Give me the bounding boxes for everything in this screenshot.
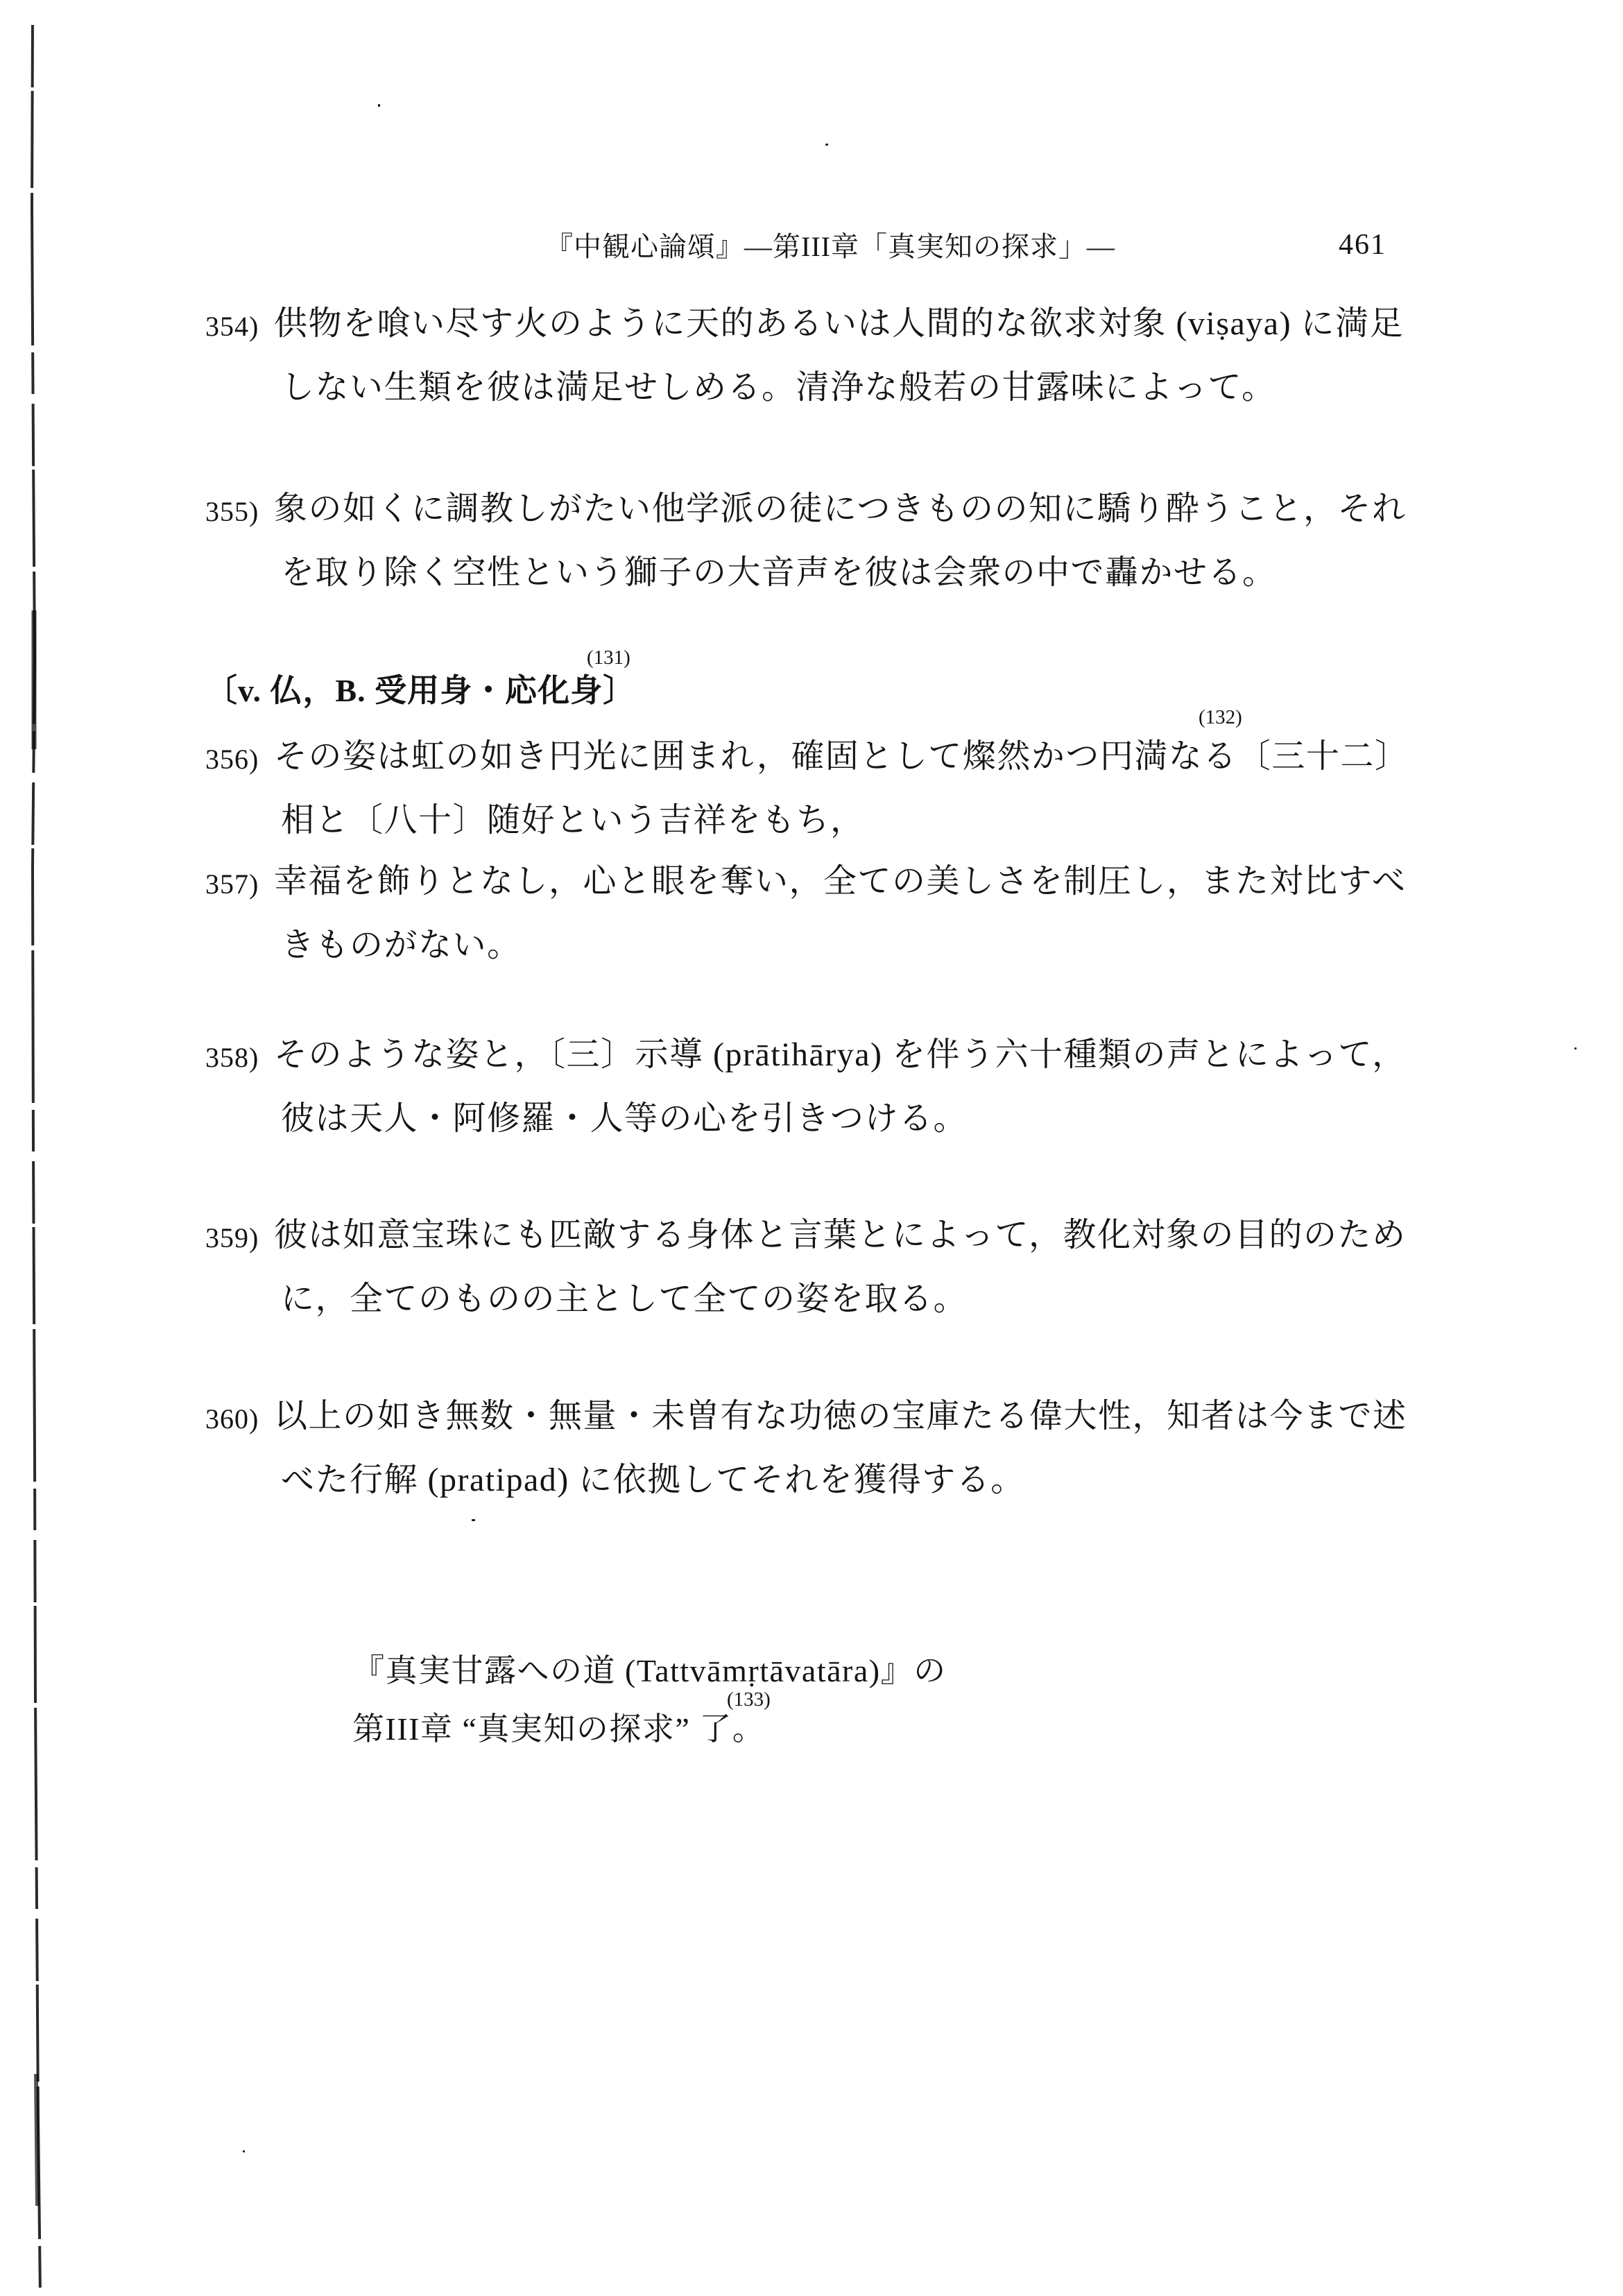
- verse-number: 354): [205, 313, 259, 341]
- verse-number: 359): [205, 1224, 259, 1252]
- noise-speck: [378, 104, 380, 107]
- noise-speck: [1574, 1047, 1577, 1050]
- scan-artifact-line: [0, 0, 55, 2296]
- verse-line-1: その姿は虹の如き円光に囲まれ，確固として燦然かつ円満なる〔三十二〕: [274, 740, 1409, 773]
- colophon-line-1: 『真実甘露への道 (Tattvāmṛtāvatāra)』の: [352, 1655, 947, 1687]
- verse-line-2: べた行解 (pratipad) に依拠してそれを獲得する。: [281, 1464, 1025, 1497]
- verse-number: 355): [205, 498, 259, 526]
- verse-line-1: そのような姿と，〔三〕示導 (prātihārya) を伴う六十種類の声とによっ…: [274, 1038, 1407, 1072]
- verse-number: 360): [205, 1405, 259, 1433]
- noise-speck: [243, 2150, 245, 2152]
- verse-355: 355) 象の如くに調教しがたい他学派の徒につきものの知に驕り酔うこと，それ を…: [205, 492, 1475, 597]
- verse-line-2: 相と〔八十〕随好という吉祥をもち，: [281, 804, 865, 837]
- verse-354: 354) 供物を喰い尽す火のように天的あるいは人間的な欲求対象 (viṣaya)…: [205, 307, 1475, 411]
- verse-number: 357): [205, 871, 259, 898]
- verse-line-1: 象の如くに調教しがたい他学派の徒につきものの知に驕り酔うこと，それ: [274, 492, 1407, 526]
- verse-line-2: を取り除く空性という獅子の大音声を彼は会衆の中で轟かせる。: [281, 556, 1277, 590]
- verse-line-2: しない生類を彼は満足せしめる。清浄な般若の甘露味によって。: [281, 371, 1276, 404]
- verse-line-2: 彼は天人・阿修羅・人等の心を引きつける。: [281, 1102, 968, 1136]
- verse-line-2: に，全てのものの主として全ての姿を取る。: [281, 1283, 968, 1316]
- verse-358: 358) そのような姿と，〔三〕示導 (prātihārya) を伴う六十種類の…: [205, 1038, 1475, 1142]
- verse-line-2: きものがない。: [281, 929, 522, 962]
- verse-line-1: 以上の如き無数・無量・未曽有な功徳の宝庫たる偉大性，知者は今まで述: [274, 1400, 1407, 1433]
- noise-speck: [472, 1519, 475, 1521]
- noise-speck: [825, 144, 828, 146]
- verse-number: 356): [205, 746, 259, 773]
- verse-line-1: 供物を喰い尽す火のように天的あるいは人間的な欲求対象 (viṣaya) に満足: [274, 307, 1404, 341]
- verse-line-1: 幸福を飾りとなし，心と眼を奪い，全ての美しさを制圧し，また対比すべ: [274, 865, 1407, 898]
- verse-356: 356) その姿は虹の如き円光に囲まれ，確固として燦然かつ円満なる〔三十二〕 相…: [205, 740, 1475, 844]
- verse-357: 357) 幸福を飾りとなし，心と眼を奪い，全ての美しさを制圧し，また対比すべ き…: [205, 865, 1475, 969]
- section-heading: 〔v. 仏，B. 受用身・応化身〕: [205, 675, 635, 707]
- verse-360: 360) 以上の如き無数・無量・未曽有な功徳の宝庫たる偉大性，知者は今まで述 べ…: [205, 1400, 1475, 1504]
- running-header-title: 『中観心論頌』―第III章「真実知の探求」―: [545, 233, 1115, 261]
- verse-359: 359) 彼は如意宝珠にも匹敵する身体と言葉とによって，教化対象の目的のため に…: [205, 1219, 1475, 1323]
- footnote-marker-133: (133): [727, 1690, 771, 1710]
- scanned-page: 『中観心論頌』―第III章「真実知の探求」― 461 354) 供物を喰い尽す火…: [0, 0, 1623, 2296]
- verse-number: 358): [205, 1044, 259, 1072]
- page-number: 461: [1339, 230, 1386, 259]
- verse-line-1: 彼は如意宝珠にも匹敵する身体と言葉とによって，教化対象の目的のため: [274, 1219, 1407, 1252]
- footnote-marker-132: (132): [1199, 708, 1242, 728]
- colophon-line-2: 第III章 “真実知の探求” 了。: [352, 1713, 765, 1745]
- footnote-marker-131: (131): [587, 648, 630, 668]
